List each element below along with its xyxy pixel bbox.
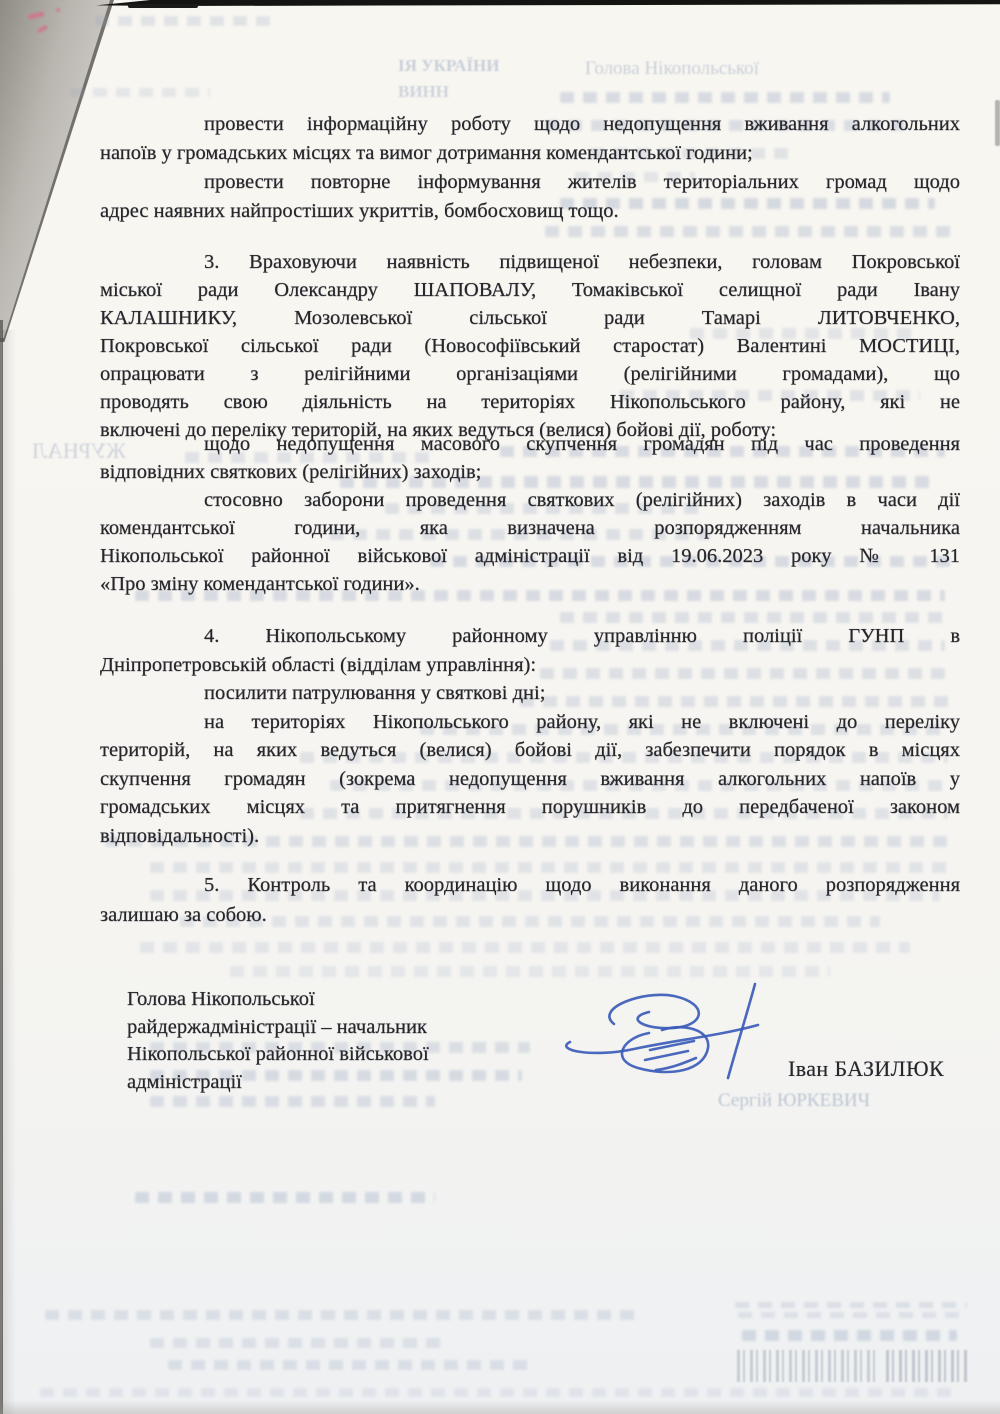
document-text: провести інформаційну роботу щодо недопу… [0,0,1000,1414]
text-line: відповідальності). [100,822,960,851]
text-line: «Про зміну комендантської години». [100,570,960,598]
text-line: стосовно заборони проведення святкових (… [100,486,960,514]
para-3: 3. Враховуючи наявність підвищеної небез… [100,248,960,444]
text-line: адміністрації [127,1069,557,1097]
para-4: 4. Нікопольському районному управлінню п… [100,622,960,850]
text-line: залишаю за собою. [100,900,960,930]
text-line: провести інформаційну роботу щодо недопу… [100,110,960,139]
text-line: на територіях Нікопольського району, які… [100,708,960,737]
text-line: райдержадміністрації – начальник [127,1014,557,1042]
text-line: проводять свою діяльність на територіях … [100,388,960,416]
scanned-document-page: ІЯ УКРАЇНИВИННГолова НікопольськоїЖУРНАЛ… [0,0,1000,1414]
text-line: опрацювати з релігійними організаціями (… [100,360,960,388]
text-line: 5. Контроль та координацію щодо виконанн… [100,870,960,900]
text-line: 3. Враховуючи наявність підвищеної небез… [100,248,960,276]
text-line: громадських місцях та притягнення порушн… [100,793,960,822]
text-line: адрес наявних найпростіших укриттів, бом… [100,197,960,226]
text-line: провести повторне інформування жителів т… [100,168,960,197]
text-line: щодо недопущення масового скупчення гром… [100,430,960,458]
text-line: комендантської години, яка визначена роз… [100,514,960,542]
para-instructions: провести інформаційну роботу щодо недопу… [100,110,960,226]
signer-name: Іван БАЗИЛЮК [788,1056,1000,1082]
text-line: 4. Нікопольському районному управлінню п… [100,622,960,651]
text-line: КАЛАШНИКУ, Мозолевської сільської ради Т… [100,304,960,332]
text-line: Дніпропетровській області (відділам упра… [100,651,960,680]
text-line: міської ради Олександру ШАПОВАЛУ, Томакі… [100,276,960,304]
text-line: Голова Нікопольської [127,986,557,1014]
text-line: відповідних святкових (релігійних) заход… [100,458,960,486]
text-line: посилити патрулювання у святкові дні; [100,679,960,708]
signature-scribble [552,978,782,1103]
signature-title-block: Голова Нікопольськоїрайдержадміністрації… [127,986,557,1096]
text-line: Нікопольської районної військової [127,1041,557,1069]
text-line: напоїв у громадських місцях та вимог дот… [100,139,960,168]
text-line: скупчення громадян (зокрема недопущення … [100,765,960,794]
text-line: територій, на яких ведуться (велися) бой… [100,736,960,765]
para-5: 5. Контроль та координацію щодо виконанн… [100,870,960,930]
para-3-subitems: щодо недопущення масового скупчення гром… [100,430,960,598]
text-line: Нікопольської районної військової адміні… [100,542,960,570]
text-line: Покровської сільської ради (Новософіївсь… [100,332,960,360]
